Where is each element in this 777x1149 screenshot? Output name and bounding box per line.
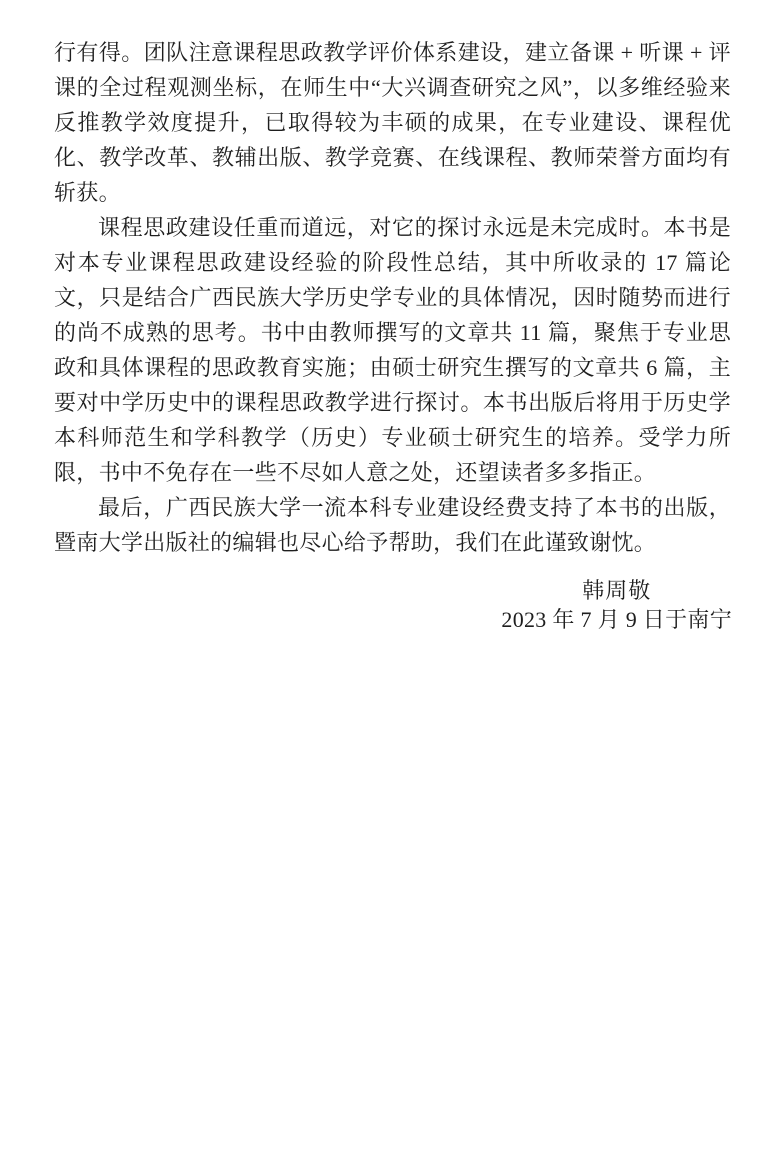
document-page: 行有得。团队注意课程思政教学评价体系建设，建立备课 + 听课 + 评课的全过程观…: [0, 0, 777, 1149]
signature-name: 韩周敬: [501, 576, 732, 605]
signature-date: 2023 年 7 月 9 日于南宁: [501, 605, 732, 634]
document-body: 行有得。团队注意课程思政教学评价体系建设，建立备课 + 听课 + 评课的全过程观…: [54, 35, 731, 560]
paragraph-summary: 课程思政建设任重而道远，对它的探讨永远是未完成时。本书是对本专业课程思政建设经验…: [54, 210, 731, 490]
paragraph-acknowledgement: 最后，广西民族大学一流本科专业建设经费支持了本书的出版，暨南大学出版社的编辑也尽…: [54, 490, 731, 560]
signature-block: 韩周敬 2023 年 7 月 9 日于南宁: [501, 576, 732, 634]
paragraph-continuation: 行有得。团队注意课程思政教学评价体系建设，建立备课 + 听课 + 评课的全过程观…: [54, 35, 731, 210]
